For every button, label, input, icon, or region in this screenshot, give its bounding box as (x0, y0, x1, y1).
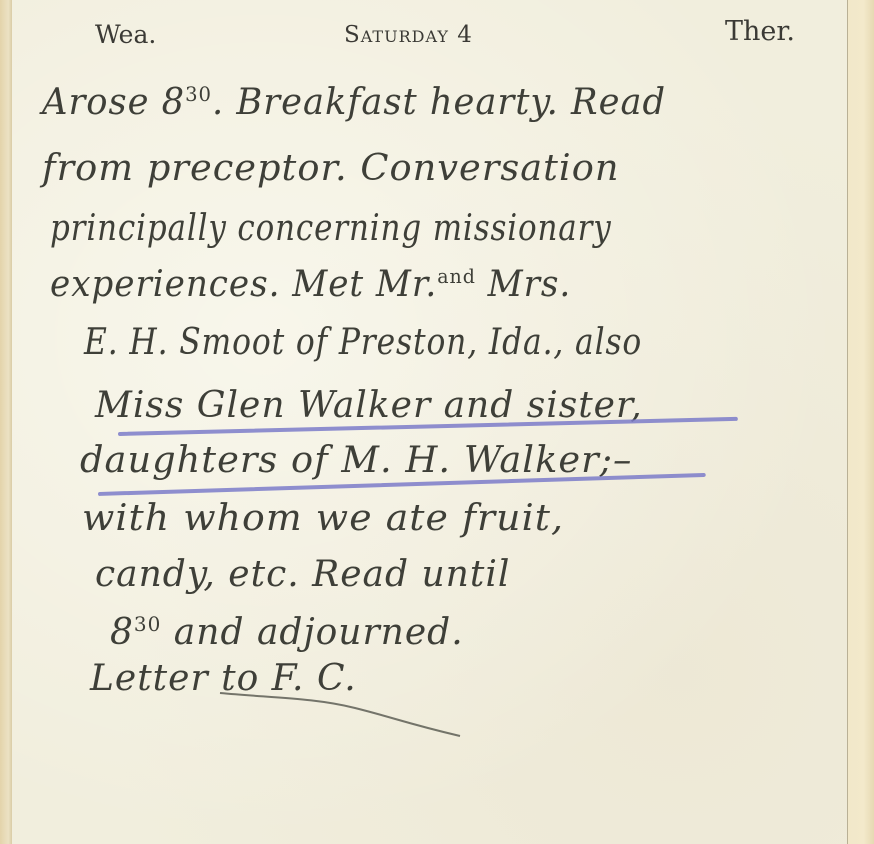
printed-page-header: Wea. Saturday 4 Ther. (12, 14, 847, 54)
entry-line-2: from preceptor. Conversation (42, 148, 619, 189)
pen-flourish-stroke (215, 688, 465, 738)
entry-line-3: principally concerning missionary (50, 208, 612, 249)
date-heading: Saturday 4 (344, 22, 473, 48)
book-page-stack-right (848, 0, 874, 844)
thermometer-label: Ther. (725, 16, 795, 47)
entry-line-8: with whom we ate fruit, (82, 498, 564, 539)
book-gutter-left (0, 0, 12, 844)
entry-line-10: 830 and adjourned. (110, 612, 464, 653)
entry-line-4: experiences. Met Mr.and Mrs. (50, 264, 571, 305)
entry-line-5: E. H. Smoot of Preston, Ida., also (84, 322, 642, 363)
entry-line-9: candy, etc. Read until (95, 554, 510, 595)
entry-line-6: Miss Glen Walker and sister, (95, 385, 643, 426)
entry-line-1: Arose 830. Breakfast hearty. Read (42, 82, 666, 123)
weather-label: Wea. (95, 20, 156, 49)
entry-line-7: daughters of M. H. Walker;– (80, 440, 632, 481)
